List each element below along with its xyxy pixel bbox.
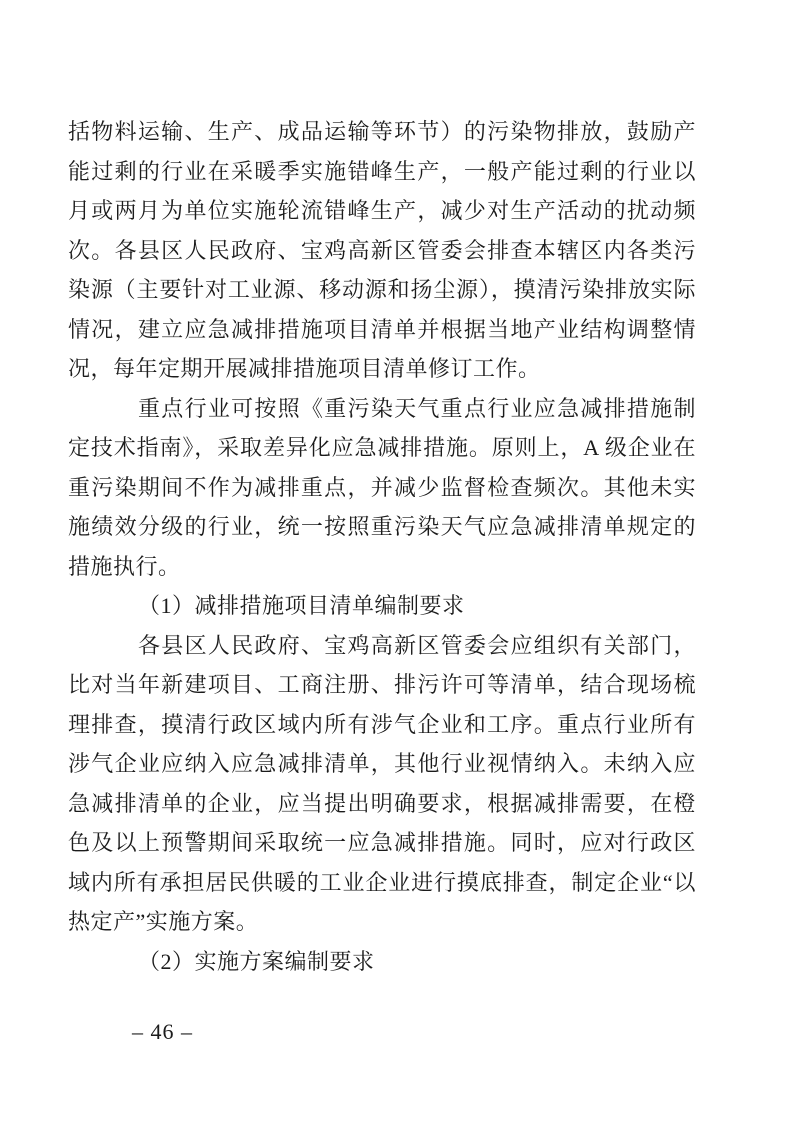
document-body: 括物料运输、生产、成品运输等环节）的污染物排放，鼓励产能过剩的行业在采暖季实施错… — [68, 112, 696, 981]
body-paragraph: 括物料运输、生产、成品运输等环节）的污染物排放，鼓励产能过剩的行业在采暖季实施错… — [68, 112, 696, 389]
document-page: 括物料运输、生产、成品运输等环节）的污染物排放，鼓励产能过剩的行业在采暖季实施错… — [0, 0, 800, 1131]
page-number: – 46 – — [132, 1019, 193, 1045]
body-paragraph: 各县区人民政府、宝鸡高新区管委会应组织有关部门，比对当年新建项目、工商注册、排污… — [68, 626, 696, 942]
body-paragraph: 重点行业可按照《重污染天气重点行业应急减排措施制定技术指南》，采取差异化应急减排… — [68, 389, 696, 587]
list-item-heading: （1）减排措施项目清单编制要求 — [68, 586, 696, 626]
list-item-heading: （2）实施方案编制要求 — [68, 942, 696, 982]
